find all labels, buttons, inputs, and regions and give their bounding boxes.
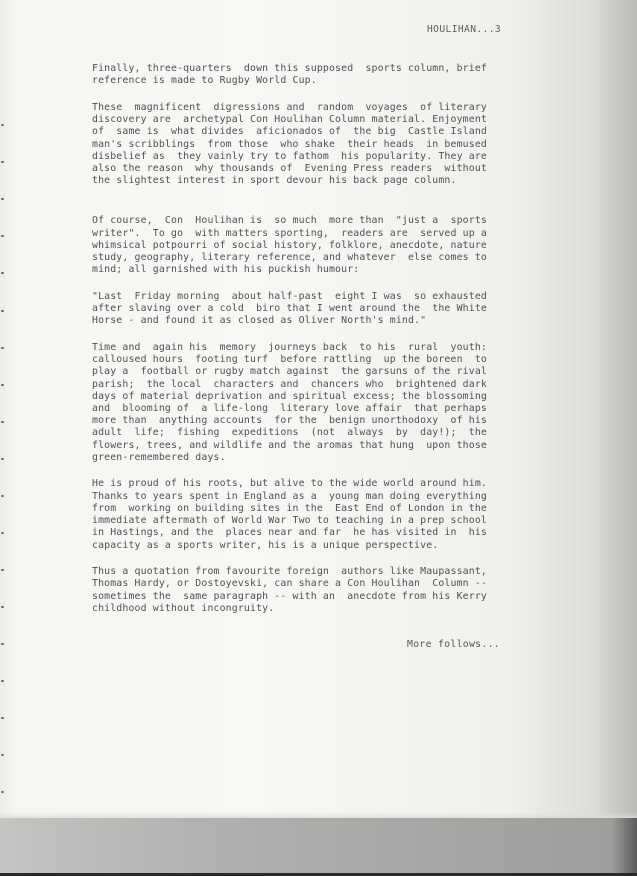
- perforation-mark: [1, 124, 4, 126]
- paragraph: Thus a quotation from favourite foreign …: [92, 566, 612, 615]
- perforation-mark: [1, 458, 4, 460]
- paragraph: He is proud of his roots, but alive to t…: [92, 478, 612, 551]
- perforation-mark: [1, 310, 4, 312]
- paper-page: HOULIHAN...3 Finally, three-quarters dow…: [0, 0, 637, 818]
- perforation-mark: [1, 421, 4, 423]
- quote-paragraph: "Last Friday morning about half-past eig…: [92, 291, 612, 328]
- continuation-note: More follows...: [407, 639, 500, 650]
- perforation-mark: [1, 569, 4, 571]
- perforation-mark: [1, 717, 4, 719]
- perforation-mark: [1, 384, 4, 386]
- perforation-mark: [1, 161, 4, 163]
- perforation-mark: [1, 606, 4, 608]
- paragraph: Time and again his memory journeys back …: [92, 342, 612, 464]
- perforation-mark: [1, 643, 4, 645]
- perforation-mark: [1, 347, 4, 349]
- perforation-mark: [1, 495, 4, 497]
- perforation-mark: [1, 532, 4, 534]
- perforation-mark: [1, 754, 4, 756]
- page-header: HOULIHAN...3: [427, 24, 501, 35]
- perforation-mark: [1, 272, 4, 274]
- perforation-mark: [1, 198, 4, 200]
- document-body: Finally, three-quarters down this suppos…: [92, 63, 612, 630]
- paragraph: Finally, three-quarters down this suppos…: [92, 63, 612, 87]
- scanner-bed: [0, 818, 637, 876]
- perforation-mark: [1, 680, 4, 682]
- paragraph: These magnificent digressions and random…: [92, 102, 612, 187]
- perforation-mark: [1, 235, 4, 237]
- paragraph: Of course, Con Houlihan is so much more …: [92, 215, 612, 276]
- perforation-mark: [1, 791, 4, 793]
